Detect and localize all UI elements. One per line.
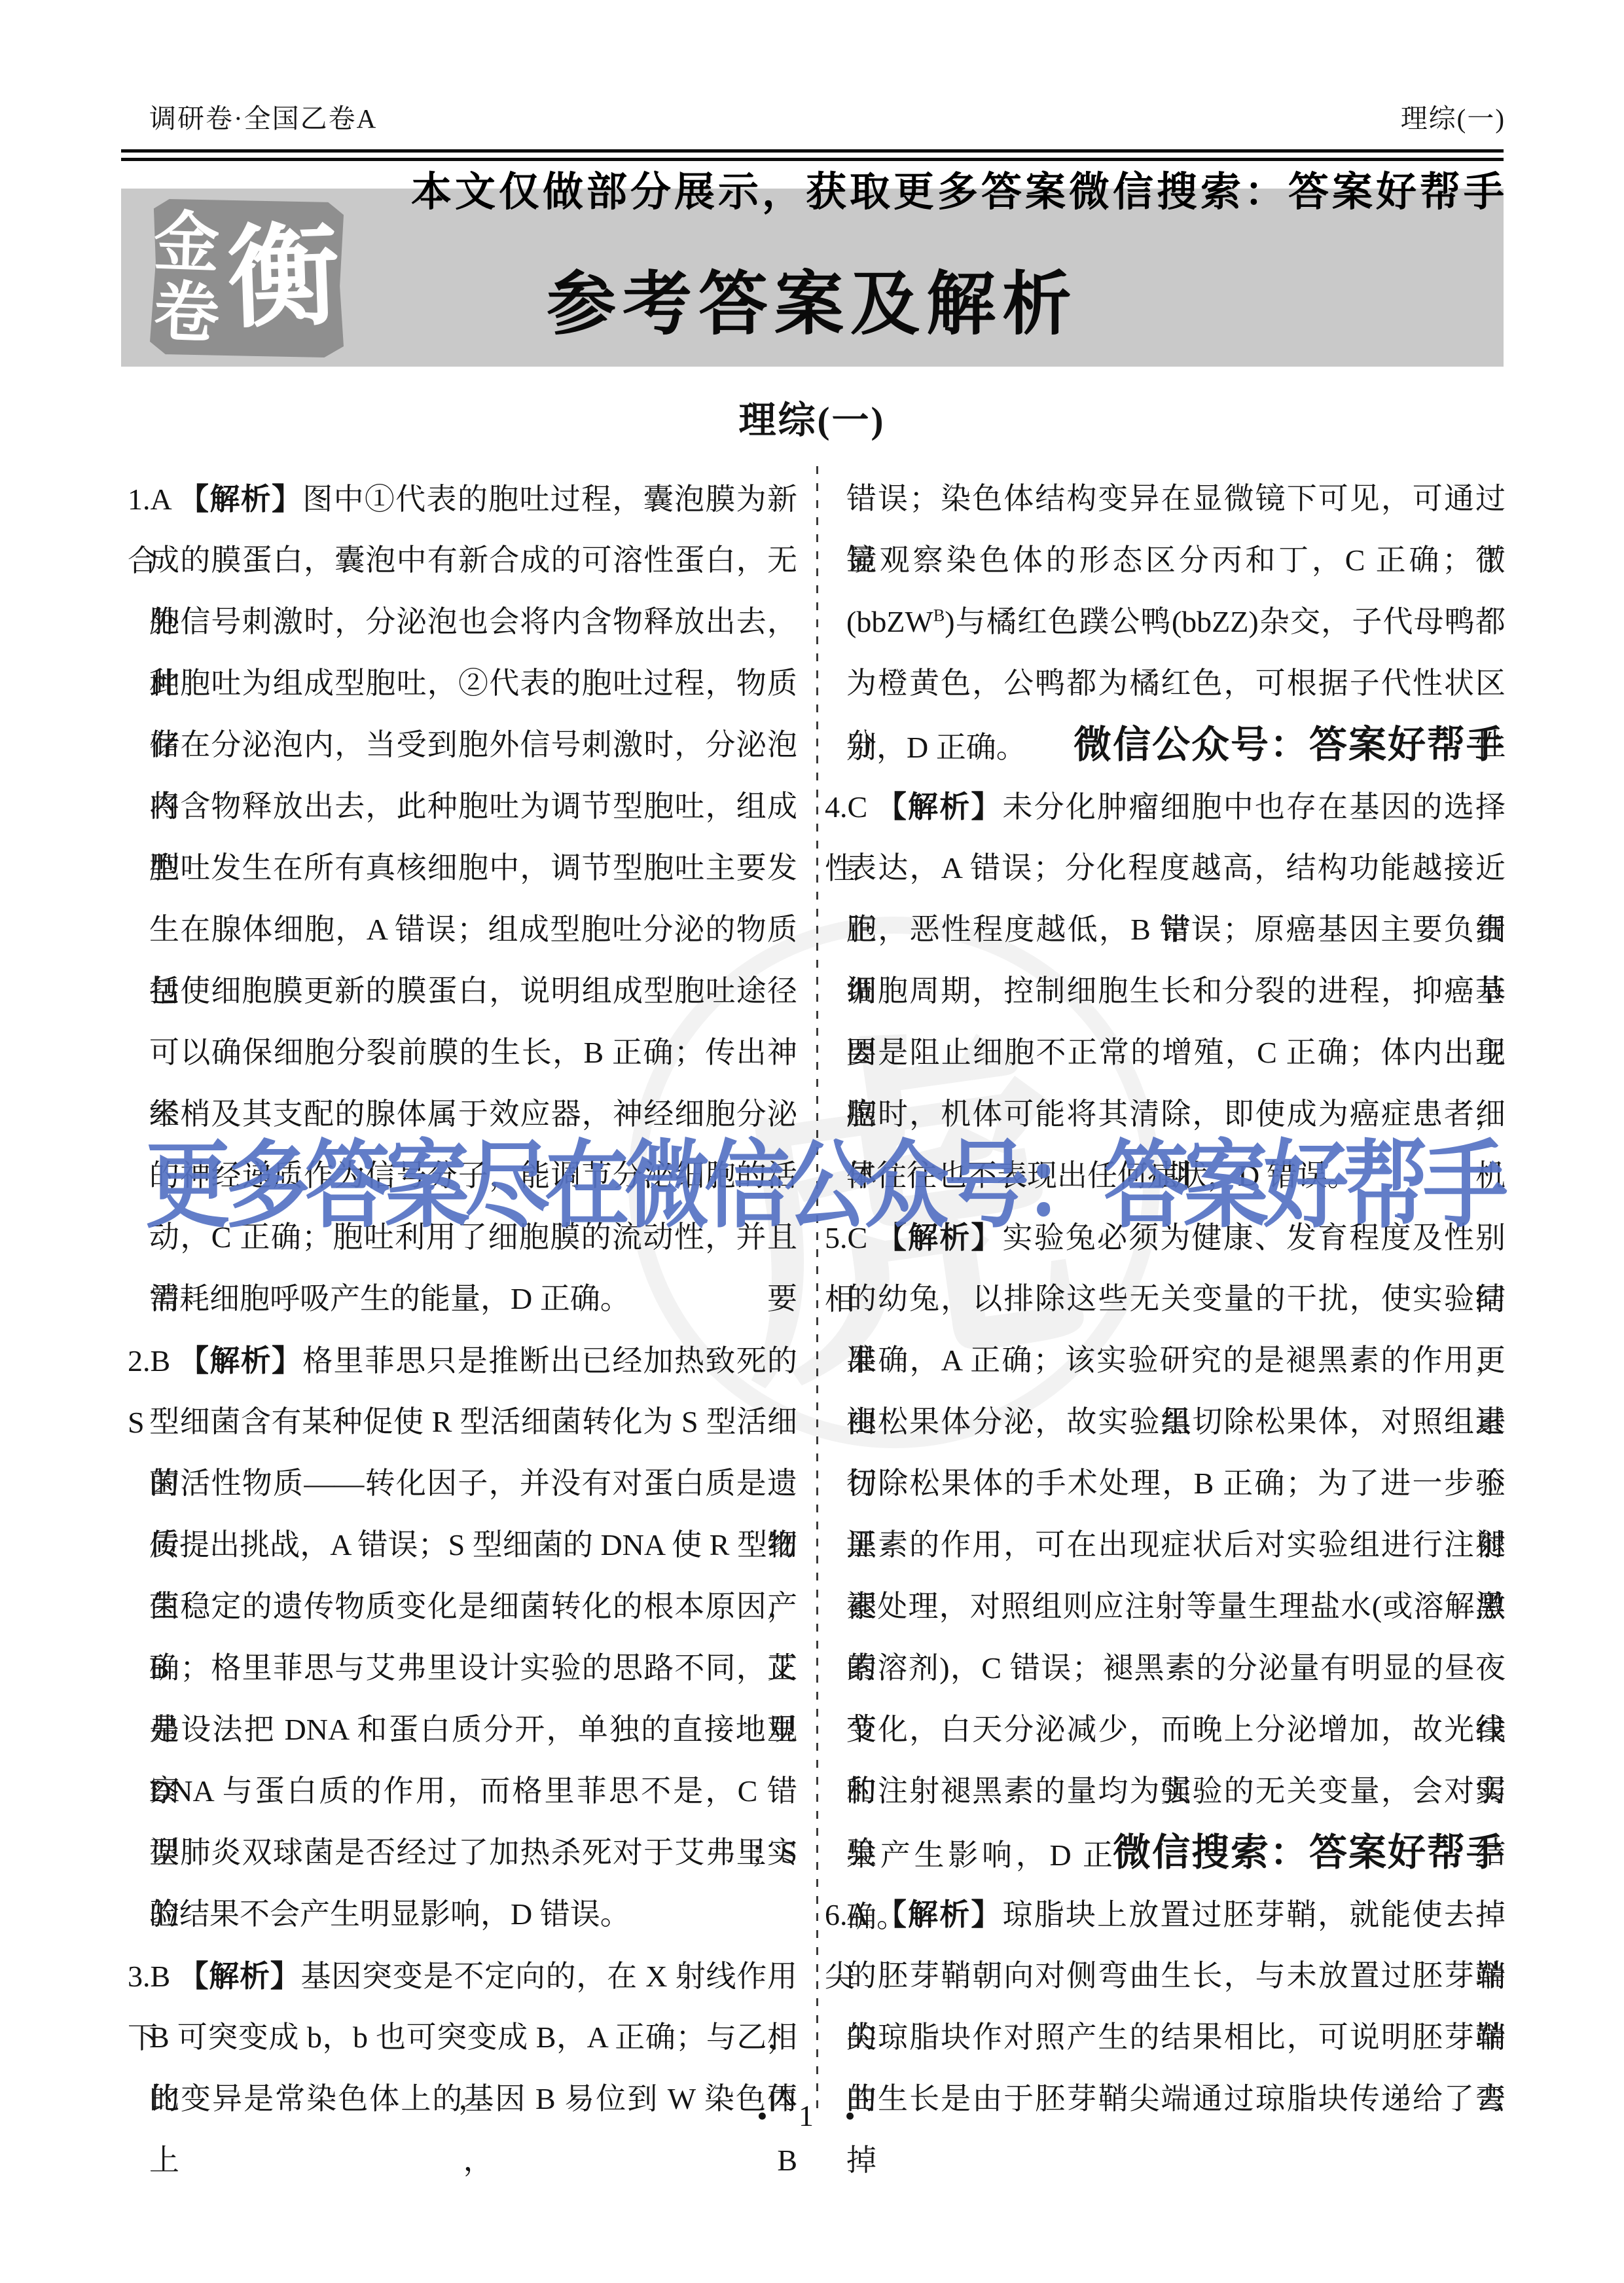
inline-promo-text: 微信搜索：答案好帮手 bbox=[1113, 1822, 1506, 1884]
answer-block-3B: 3.B 【解析】基因突变是不定向的，在 X 射线作用下，B 可突变成 b，b 也… bbox=[149, 1945, 797, 2130]
blue-watermark-text: 更多答案尽在微信公众号：答案好帮手 bbox=[145, 1109, 1503, 1246]
answer-block-6A: 6.A 【解析】琼脂块上放置过胚芽鞘，就能使去掉尖端的胚芽鞘朝向对侧弯曲生长，与… bbox=[846, 1884, 1506, 2130]
answer-line: 果产生影响，D 正确。微信搜索：答案好帮手 bbox=[846, 1822, 1506, 1884]
answer-line: 1.A 【解析】图中①代表的胞吐过程，囊泡膜为新合 bbox=[128, 468, 797, 530]
answer-line: 的活性物质——转化因子，并没有对蛋白质是遗传物 bbox=[149, 1453, 797, 1514]
answer-line: 可以确保细胞分裂前膜的生长，B 正确；传出神经 bbox=[149, 1022, 797, 1084]
answer-line: 细胞周期，控制细胞生长和分裂的进程，抑癌基因主 bbox=[846, 960, 1506, 1022]
answer-line: 准确，A 正确；该实验研究的是褪黑素的作用，褪黑素 bbox=[846, 1330, 1506, 1391]
answer-line: 成的膜蛋白，囊泡中有新合成的可溶性蛋白，无胞 bbox=[149, 530, 797, 591]
answer-line: DNA 与蛋白质的作用，而格里菲思不是，C 错误；S bbox=[149, 1761, 797, 1822]
answer-line: 由松果体分泌，故实验组切除松果体，对照组进行不 bbox=[846, 1391, 1506, 1453]
answer-line: 的结果不会产生明显影响，D 错误。 bbox=[149, 1884, 797, 1945]
header-subject: 理综(一) bbox=[1401, 97, 1506, 136]
answer-line: 镜观察染色体的形态区分丙和丁，C 正确；丁 bbox=[846, 530, 1506, 591]
answer-line: 的幼兔，以排除这些无关变量的干扰，使实验结果更 bbox=[846, 1268, 1506, 1330]
inline-promo-text: 微信公众号：答案好帮手 bbox=[1074, 714, 1506, 776]
answer-line: 存在分泌泡内，当受到胞外信号刺激时，分泌泡将 bbox=[149, 714, 797, 776]
answer-line: 的胚芽鞘朝向对侧弯曲生长，与未放置过胚芽鞘尖端 bbox=[846, 1945, 1506, 2007]
answer-line: 的溶剂)，C 错误；褪黑素的分泌量有明显的昼夜节律 bbox=[846, 1637, 1506, 1699]
answer-line: 生稳定的遗传物质变化是细菌转化的根本原因，B 正 bbox=[149, 1576, 797, 1637]
answer-line: 胞，恶性程度越低，B 错误；原癌基因主要负责调节 bbox=[846, 899, 1506, 960]
answer-line: B 可突变成 b，b 也可突变成 B，A 正确；与乙相比，丙 bbox=[149, 2007, 797, 2068]
answer-block-3B-cont: 错误；染色体结构变异在显微镜下可见，可通过显微镜观察染色体的形态区分丙和丁，C … bbox=[846, 468, 1506, 776]
answer-line: 4.C 【解析】未分化肿瘤细胞中也存在基因的选择性 bbox=[825, 776, 1506, 837]
answer-line: 变化，白天分泌减少，而晚上分泌增加，故光线的强弱 bbox=[846, 1699, 1506, 1761]
section-title: 理综(一) bbox=[0, 390, 1624, 444]
answer-line: 曲生长是由于胚芽鞘尖端通过琼脂块传递给了去掉 bbox=[846, 2068, 1506, 2130]
answer-line: 胞吐发生在所有真核细胞中，调节型胞吐主要发 bbox=[149, 837, 797, 899]
column-divider bbox=[816, 466, 818, 2109]
answer-block-5C: 5.C 【解析】实验兔必须为健康、发育程度及性别相同的幼兔，以排除这些无关变量的… bbox=[846, 1207, 1506, 1884]
answer-line: 的琼脂块作对照产生的结果相比，可说明胚芽鞘的弯 bbox=[846, 2007, 1506, 2068]
answer-line: (bbZWB)与橘红色蹼公鸭(bbZZ)杂交，子代母鸭都 bbox=[846, 591, 1506, 653]
answer-line: 素处理，对照组则应注射等量生理盐水(或溶解激素 bbox=[846, 1576, 1506, 1637]
answer-line: 型细菌含有某种促使 R 型活细菌转化为 S 型活细菌 bbox=[149, 1391, 797, 1453]
answer-line: 6.A 【解析】琼脂块上放置过胚芽鞘，就能使去掉尖端 bbox=[825, 1884, 1506, 1945]
answer-line: 要是阻止细胞不正常的增殖，C 正确；体内出现癌细 bbox=[846, 1022, 1506, 1084]
answer-block-2B: 2.B 【解析】格里菲思只是推断出已经加热致死的 S型细菌含有某种促使 R 型活… bbox=[149, 1330, 797, 1945]
answer-line: 型肺炎双球菌是否经过了加热杀死对于艾弗里实验 bbox=[149, 1822, 797, 1884]
answer-line: 外信号刺激时，分泌泡也会将内含物释放出去，此 bbox=[149, 591, 797, 653]
answer-line: 表达，A 错误；分化程度越高，结构功能越接近正常细 bbox=[846, 837, 1506, 899]
answer-line: 2.B 【解析】格里菲思只是推断出已经加热致死的 S bbox=[128, 1330, 797, 1391]
page-title: 参考答案及解析 bbox=[121, 249, 1504, 348]
answer-line: 是设法把 DNA 和蛋白质分开，单独的直接地观察 bbox=[149, 1699, 797, 1761]
answer-sheet-page: 调研卷·全国乙卷A 理综(一) 本文仅做部分展示，获取更多答案微信搜索：答案好帮… bbox=[0, 0, 1624, 2283]
answer-line: 切除松果体的手术处理，B 正确；为了进一步验证褪 bbox=[846, 1453, 1506, 1514]
answer-line: 确；格里菲思与艾弗里设计实验的思路不同，艾弗里 bbox=[149, 1637, 797, 1699]
header-exam-series: 调研卷·全国乙卷A bbox=[149, 97, 377, 136]
answer-line: 生在腺体细胞，A 错误；组成型胞吐分泌的物质包 bbox=[149, 899, 797, 960]
answer-line: 的变异是常染色体上的基因 B 易位到 W 染色体上，B bbox=[149, 2068, 797, 2130]
answer-line: 和注射褪黑素的量均为实验的无关变量，会对实验结 bbox=[846, 1761, 1506, 1822]
answer-line: 质提出挑战，A 错误；S 型细菌的 DNA 使 R 型细菌产 bbox=[149, 1514, 797, 1576]
answers-column-right: 错误；染色体结构变异在显微镜下可见，可通过显微镜观察染色体的形态区分丙和丁，C … bbox=[846, 468, 1506, 2130]
answer-line: 括使细胞膜更新的膜蛋白，说明组成型胞吐途径 bbox=[149, 960, 797, 1022]
answer-line: 3.B 【解析】基因突变是不定向的，在 X 射线作用下， bbox=[128, 1945, 797, 2007]
answer-line: 种胞吐为组成型胞吐，②代表的胞吐过程，物质储 bbox=[149, 653, 797, 714]
answers-column-left: 1.A 【解析】图中①代表的胞吐过程，囊泡膜为新合成的膜蛋白，囊泡中有新合成的可… bbox=[149, 468, 797, 2130]
answer-line: 别，D 正确。微信公众号：答案好帮手 bbox=[846, 714, 1506, 776]
answer-line: 内含物释放出去，此种胞吐为调节型胞吐，组成型 bbox=[149, 776, 797, 837]
answer-line: 黑素的作用，可在出现症状后对实验组进行注射褪黑 bbox=[846, 1514, 1506, 1576]
answer-line: 错误；染色体结构变异在显微镜下可见，可通过显微 bbox=[846, 468, 1506, 530]
answer-line: 为橙黄色，公鸭都为橘红色，可根据子代性状区分性 bbox=[846, 653, 1506, 714]
promo-banner-text: 本文仅做部分展示，获取更多答案微信搜索：答案好帮手 bbox=[411, 159, 1507, 217]
